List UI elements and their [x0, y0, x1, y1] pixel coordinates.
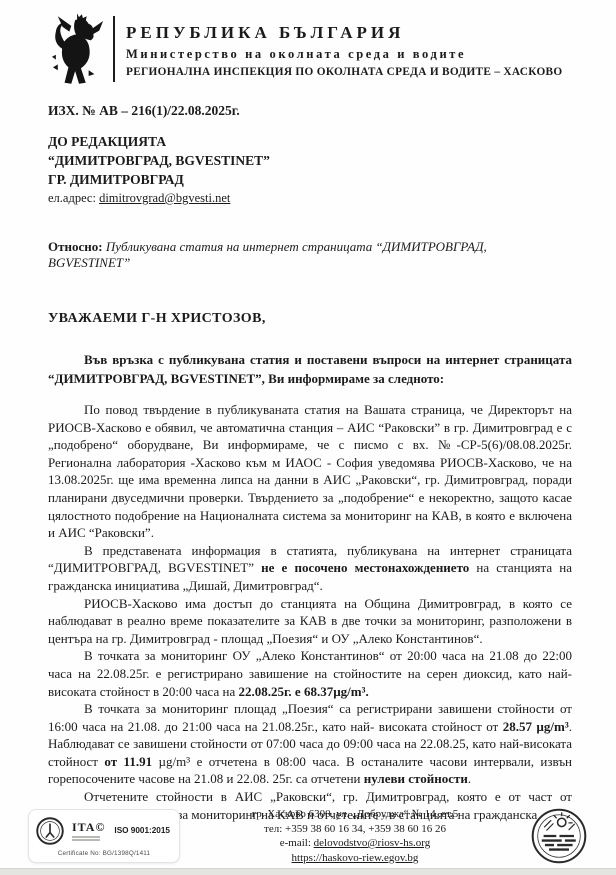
subject-label: Относно:: [48, 239, 103, 254]
footer-email-link[interactable]: delovodstvo@riosv-hs.org: [314, 837, 431, 849]
letter-body: ИЗХ. № АВ – 216(1)/22.08.2025г. ДО РЕДАК…: [0, 103, 616, 823]
addressee-email-line: ел.адрес: dimitrovgrad@bgvesti.net: [48, 189, 572, 208]
paragraph-5-bold-value-2: от 11.91: [104, 754, 152, 769]
paragraph-5-text-end: .: [468, 771, 471, 786]
letterhead-divider: [113, 16, 115, 82]
body-paragraph-1: По повод твърдение в публикуваната стати…: [48, 401, 572, 542]
certification-box: ITA© ISO 9001:2015 Certificate No: BG/13…: [28, 809, 180, 863]
republic-title: РЕПУБЛИКА БЪЛГАРИЯ: [126, 23, 562, 43]
salutation: УВАЖАЕМИ Г-Н ХРИСТОЗОВ,: [48, 311, 572, 327]
body-paragraph-5: В точката за мониторинг площад „Поезия“ …: [48, 700, 572, 788]
ita-logo-fine-print: [72, 835, 105, 841]
ministry-title: Министерство на околната среда и водите: [126, 47, 562, 62]
subject-line: Относно: Публикувана статия на интернет …: [48, 239, 572, 271]
footer-website-line: https://haskovo-riew.egov.bg: [186, 851, 524, 866]
letterhead-titles: РЕПУБЛИКА БЪЛГАРИЯ Министерство на околн…: [126, 21, 562, 78]
accreditation-seal-icon: [35, 816, 65, 846]
footer-email-line: e-mail: delovodstvo@riosv-hs.org: [186, 836, 524, 851]
body-paragraph-2: В представената информация в статията, п…: [48, 542, 572, 595]
addressee-block: ДО РЕДАКЦИЯТА “ДИМИТРОВГРАД, BGVESTINET”…: [48, 132, 572, 208]
ministry-seal-icon: [530, 807, 588, 865]
inspection-title: РЕГИОНАЛНА ИНСПЕКЦИЯ ПО ОКОЛНАТА СРЕДА И…: [126, 66, 562, 78]
addressee-line-3: ГР. ДИМИТРОВГРАД: [48, 170, 572, 189]
footer: ITA© ISO 9001:2015 Certificate No: BG/13…: [0, 807, 616, 865]
addressee-line-2: “ДИМИТРОВГРАД, BGVESTINET”: [48, 151, 572, 170]
scan-page-edge: [0, 868, 616, 875]
addressee-line-1: ДО РЕДАКЦИЯТА: [48, 132, 572, 151]
subject-text: Публикувана статия на интернет страницат…: [48, 239, 487, 270]
addressee-email-label: ел.адрес:: [48, 191, 99, 205]
footer-address: гр. Хасково 6300, ул. „Добруджа“ № 14, е…: [186, 807, 524, 822]
letterhead: РЕПУБЛИКА БЪЛГАРИЯ Министерство на околн…: [0, 0, 616, 86]
bulgarian-lion-coat-of-arms-icon: [52, 12, 106, 86]
paragraph-5-bold-text-3: нулеви стойности: [364, 771, 468, 786]
addressee-email-link[interactable]: dimitrovgrad@bgvesti.net: [99, 191, 230, 205]
body-paragraph-4: В точката за мониторинг ОУ „Алеко Конста…: [48, 647, 572, 700]
paragraph-4-bold-value: 22.08.25г. е 68.37µg/m³.: [238, 684, 368, 699]
ita-logo: ITA©: [72, 821, 105, 841]
paragraph-5-text: В точката за мониторинг площад „Поезия“ …: [48, 701, 572, 734]
intro-paragraph: Във връзка с публикувана статия и постав…: [48, 350, 572, 388]
ita-logo-label: ITA©: [72, 821, 105, 833]
paragraph-5-bold-value-1: 28.57 µg/m³: [503, 719, 569, 734]
certificate-number: Certificate No: BG/1398Q/1411: [35, 850, 173, 857]
certification-row: ITA© ISO 9001:2015: [35, 816, 173, 846]
footer-website-link[interactable]: https://haskovo-riew.egov.bg: [292, 852, 419, 864]
iso-certification-label: ISO 9001:2015: [114, 826, 170, 835]
outgoing-ref-number: ИЗХ. № АВ – 216(1)/22.08.2025г.: [48, 103, 572, 119]
paragraph-2-bold-text: не е посочено местонахождението: [261, 560, 469, 575]
footer-email-label: e-mail:: [280, 837, 314, 849]
body-paragraph-3: РИОСВ-Хасково има достъп до станцията на…: [48, 595, 572, 648]
footer-phone: тел: +359 38 60 16 34, +359 38 60 16 26: [186, 822, 524, 837]
contact-block: гр. Хасково 6300, ул. „Добруджа“ № 14, е…: [180, 807, 530, 865]
letter-page: РЕПУБЛИКА БЪЛГАРИЯ Министерство на околн…: [0, 0, 616, 875]
